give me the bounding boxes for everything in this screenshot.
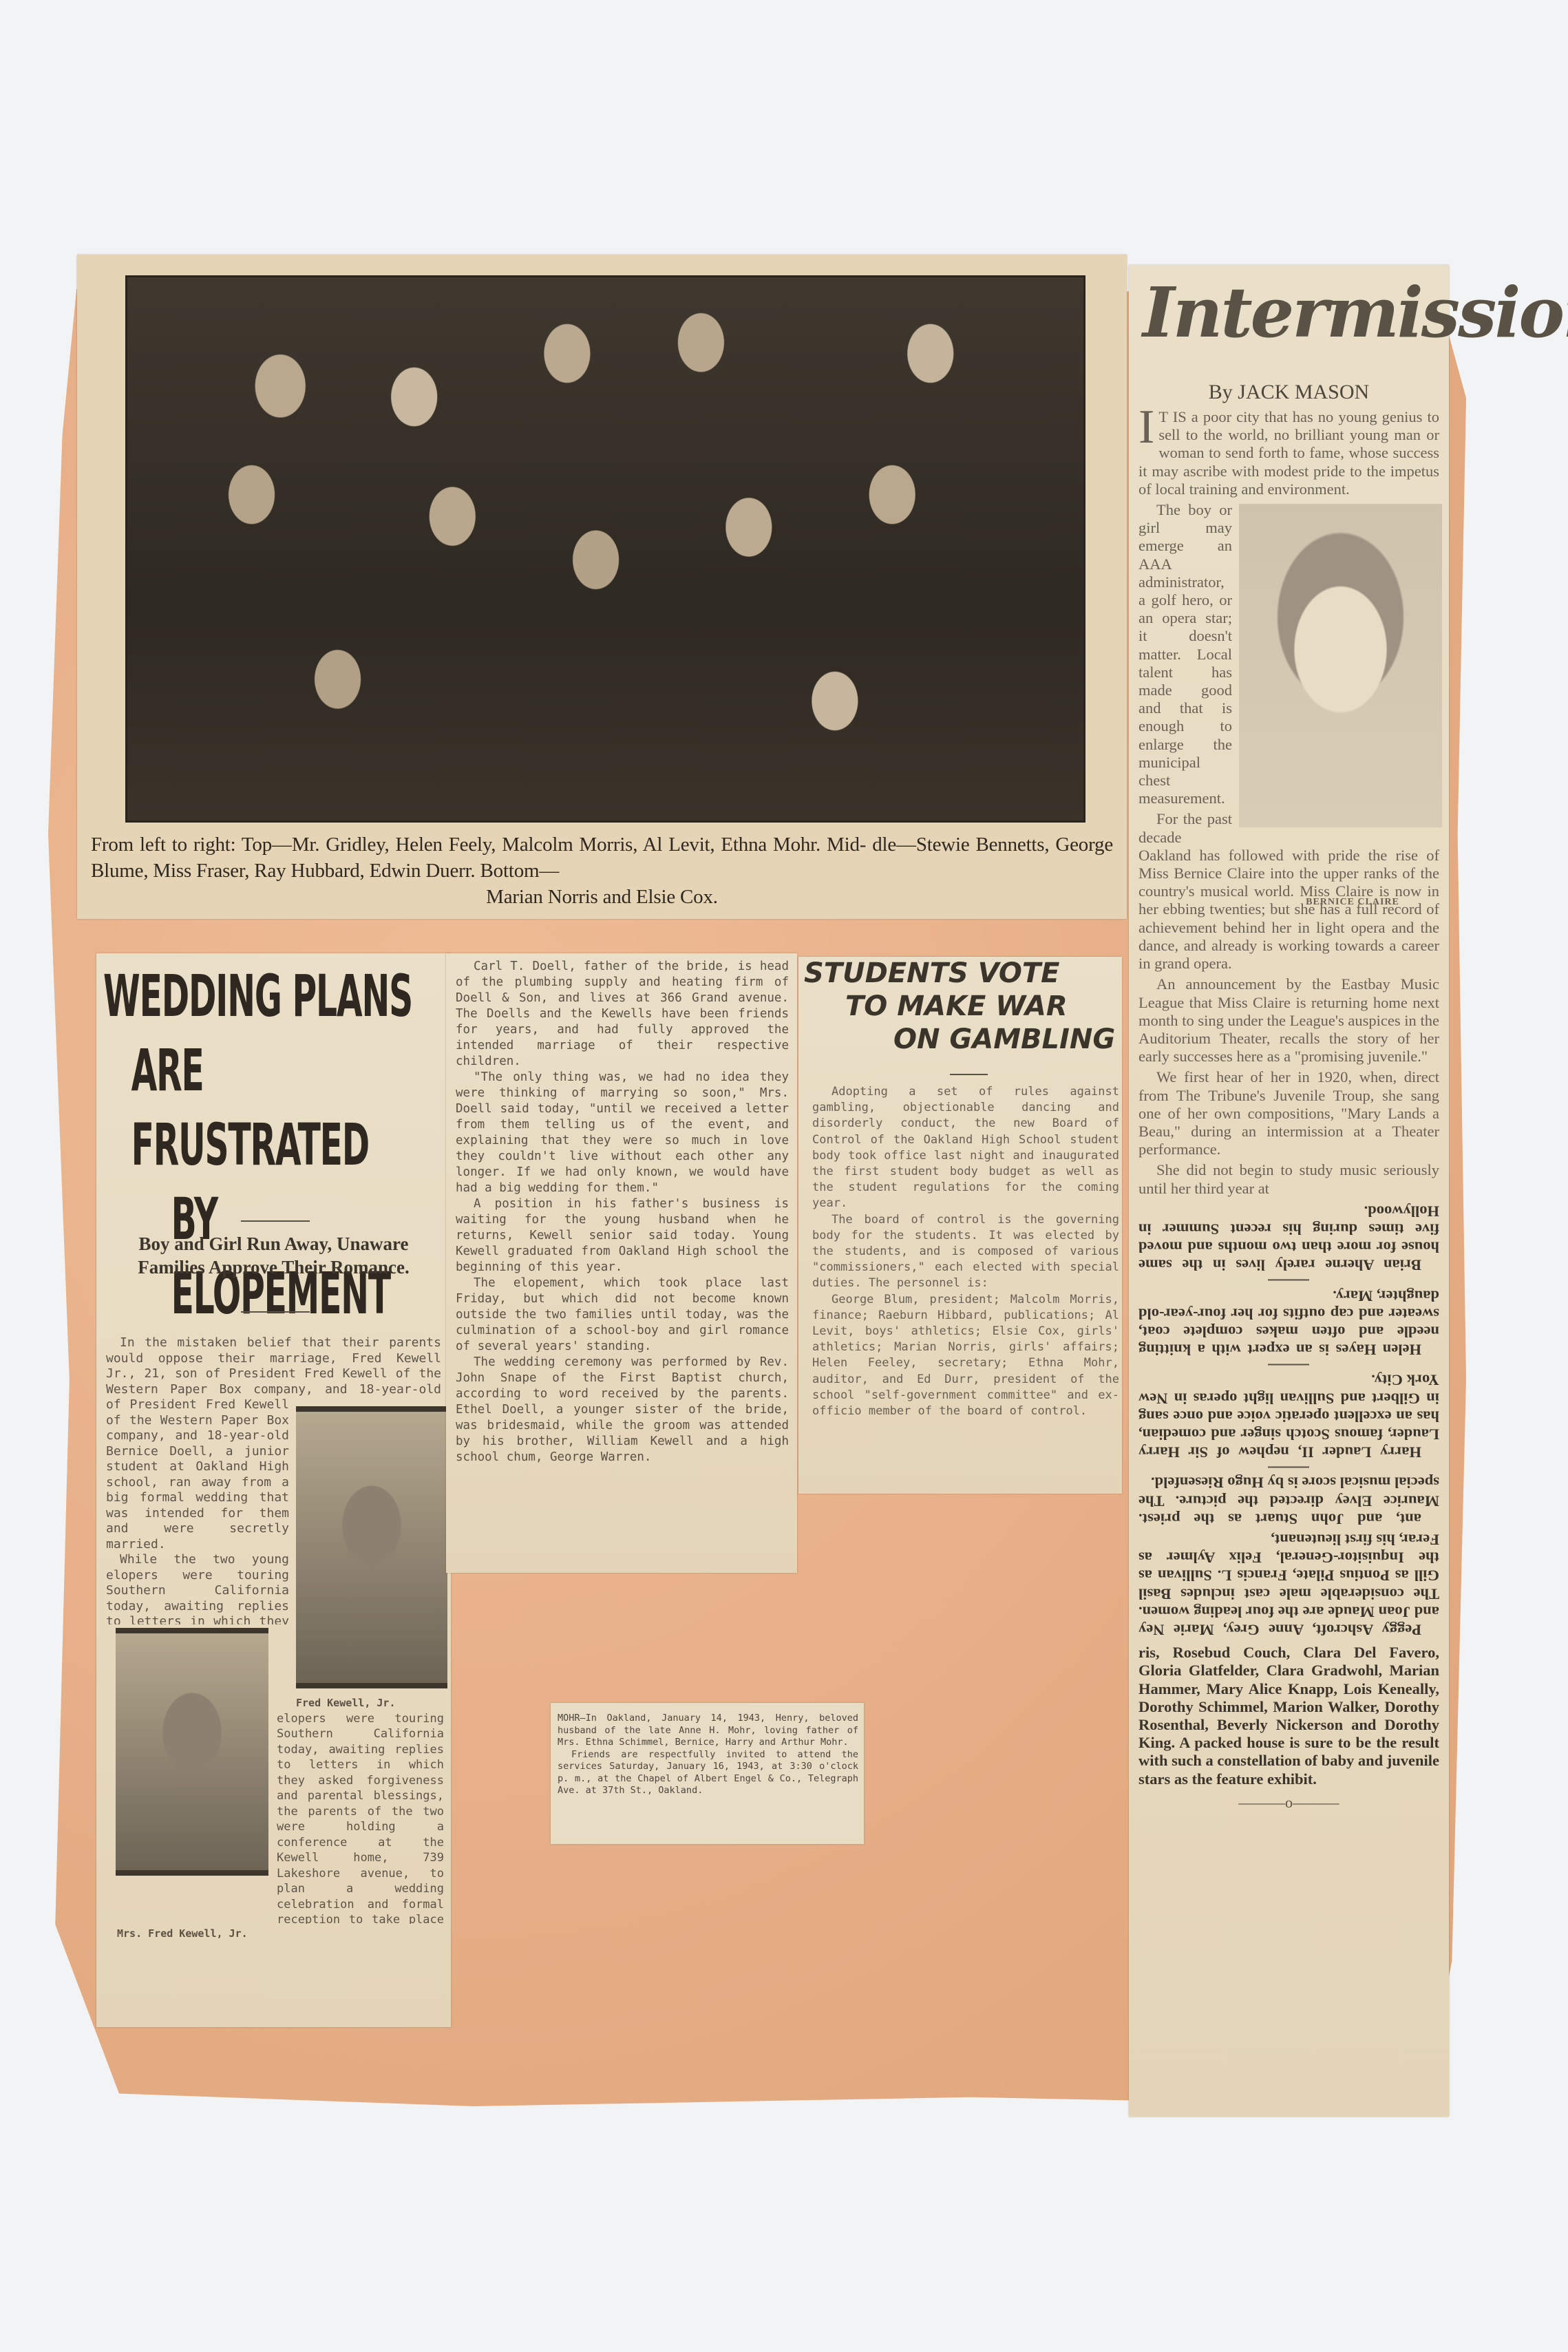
wedding-paragraph-1-cont: In the mistaken belief that their parent…: [106, 1397, 289, 1552]
group-photo: [125, 275, 1085, 823]
divider: [1269, 1364, 1310, 1365]
students-paragraph-2: The board of control is the governing bo…: [812, 1212, 1119, 1292]
upside-down-item: ant, and John Stuart as the priest. Maur…: [1138, 1473, 1439, 1527]
divider: [950, 1074, 988, 1075]
byline: By JACK MASON: [1129, 381, 1449, 404]
divider: [1269, 1280, 1310, 1281]
headline-line-2: TO MAKE WAR: [804, 990, 1122, 1023]
doell-paragraph-5: The wedding ceremony was performed by Re…: [456, 1355, 789, 1465]
mrs-kewell-caption: Mrs. Fred Kewell, Jr.: [117, 1927, 248, 1940]
upside-down-item: Peggy Ashcroft, Anne Grey, Marie Ney and…: [1138, 1530, 1439, 1638]
wedding-paragraph-1: In the mistaken belief that their parent…: [106, 1335, 441, 1397]
wedding-paragraph-2: While the two young elopers were touring…: [106, 1552, 289, 1624]
divider: [241, 1311, 310, 1313]
headline-line-1: WEDDING PLANS: [103, 959, 443, 1033]
wedding-paragraph-1-lead: In the mistaken belief that their parent…: [106, 1335, 441, 1397]
wedding-paragraph-2-wrap: While the two young elopers were touring…: [277, 1710, 444, 1924]
divider: [1269, 1466, 1310, 1468]
doell-paragraph-2: "The only thing was, we had no idea they…: [456, 1070, 789, 1196]
upside-down-item: Harry Lauder II, nephew of Sir Harry Lau…: [1138, 1370, 1439, 1461]
students-body: Adopting a set of rules against gambling…: [812, 1084, 1119, 1487]
intermission-paragraph-4: An announcement by the Eastbay Music Lea…: [1138, 975, 1439, 1066]
students-vote-clipping: STUDENTS VOTE TO MAKE WAR ON GAMBLING Ad…: [798, 957, 1122, 1494]
caption-line-3: Marian Norris and Elsie Cox.: [91, 884, 1113, 910]
drop-cap: I: [1138, 408, 1154, 447]
doell-paragraph-4: The elopement, which took place last Fri…: [456, 1275, 789, 1355]
intermission-closing: ris, Rosebud Couch, Clara Del Favero, Gl…: [1138, 1644, 1439, 1788]
obituary-paragraph-1: MOHR—In Oakland, January 14, 1943, Henry…: [558, 1713, 858, 1749]
portrait-caption: BERNICE CLAIRE: [1263, 897, 1442, 908]
obituary-body: MOHR—In Oakland, January 14, 1943, Henry…: [558, 1713, 858, 1797]
intermission-paragraph-3: For the past decade Oakland has followed…: [1138, 810, 1439, 973]
students-headline: STUDENTS VOTE TO MAKE WAR ON GAMBLING: [804, 957, 1122, 1056]
students-paragraph-3: George Blum, president; Malcolm Morris, …: [812, 1292, 1119, 1420]
caption-line-1: From left to right: Top—Mr. Gridley, Hel…: [91, 834, 866, 856]
group-photo-caption: From left to right: Top—Mr. Gridley, Hel…: [91, 831, 1113, 910]
bernice-claire-portrait: [1239, 504, 1442, 827]
wedding-paragraph-2-cont: While the two young elopers were touring…: [277, 1710, 444, 1924]
intermission-lead: T IS a poor city that has no young geniu…: [1138, 408, 1439, 498]
intermission-title: Intermission: [1143, 272, 1442, 353]
mrs-kewell-photo: [116, 1628, 268, 1876]
wedding-article-clipping: WEDDING PLANS ARE FRUSTRATED BY ELOPEMEN…: [96, 953, 451, 2027]
intermission-column-clipping: Intermission By JACK MASON IT IS a poor …: [1129, 265, 1449, 2117]
doell-paragraph-3: A position in his father's business is w…: [456, 1196, 789, 1275]
upside-down-item: Helen Hayes is an expert with a knitting…: [1138, 1286, 1439, 1359]
students-paragraph-1: Adopting a set of rules against gambling…: [812, 1084, 1119, 1212]
doell-body: Carl T. Doell, father of the bride, is h…: [456, 959, 789, 1465]
headline-line-1: STUDENTS VOTE: [804, 957, 1122, 990]
fred-kewell-caption: Fred Kewell, Jr.: [296, 1697, 396, 1709]
fred-kewell-photo: [296, 1406, 447, 1688]
intermission-paragraph-6: She did not begin to study music serious…: [1138, 1161, 1439, 1197]
intermission-paragraph-5: We first hear of her in 1920, when, dire…: [1138, 1068, 1439, 1158]
headline-line-2: ARE FRUSTRATED: [103, 1033, 443, 1182]
intermission-body: IT IS a poor city that has no young geni…: [1138, 408, 1439, 1812]
wedding-paragraph-1-wrap: In the mistaken belief that their parent…: [106, 1397, 289, 1624]
upside-down-clipping: Peggy Ashcroft, Anne Grey, Marie Ney and…: [1138, 1202, 1439, 1638]
upside-down-item: Brian Aherne rarely lives in the same ho…: [1138, 1202, 1439, 1274]
mohr-obituary-clipping: MOHR—In Oakland, January 14, 1943, Henry…: [551, 1703, 864, 1844]
doell-article-clipping: Carl T. Doell, father of the bride, is h…: [446, 953, 797, 1573]
doell-paragraph-1: Carl T. Doell, father of the bride, is h…: [456, 959, 789, 1070]
wedding-subhead: Boy and Girl Run Away, Unaware Families …: [103, 1232, 444, 1279]
headline-line-3: ON GAMBLING: [804, 1023, 1122, 1056]
end-mark: ———o———: [1138, 1794, 1439, 1812]
divider: [241, 1220, 310, 1222]
obituary-paragraph-2: Friends are respectfully invited to atte…: [558, 1749, 858, 1797]
group-photo-clipping: From left to right: Top—Mr. Gridley, Hel…: [77, 255, 1127, 919]
